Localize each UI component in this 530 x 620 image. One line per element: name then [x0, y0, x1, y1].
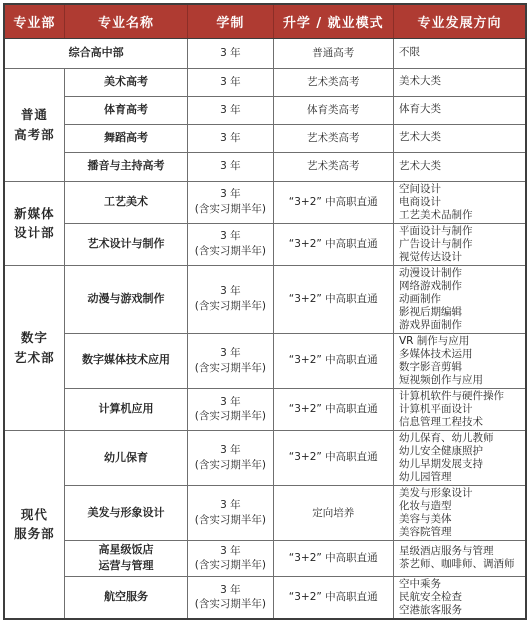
header-cell-mode: 升学 / 就业模式	[273, 4, 393, 38]
duration-cell: 3 年	[188, 124, 273, 152]
table-row: 普通 高考部 美术高考 3 年 艺术类高考 美术大类	[4, 68, 526, 96]
table-row: 舞蹈高考 3 年 艺术类高考 艺术大类	[4, 124, 526, 152]
direction-cell: 艺术大类	[393, 152, 526, 181]
table-row: 美发与形象设计 3 年 (含实习期半年) 定向培养 美发与形象设计 化妆与造型 …	[4, 485, 526, 540]
header-cell-direction: 专业发展方向	[393, 4, 526, 38]
direction-cell: 平面设计与制作 广告设计与制作 视觉传达设计	[393, 223, 526, 265]
table-row: 现代 服务部 幼儿保育 3 年 (含实习期半年) “3+2” 中高职直通 幼儿保…	[4, 430, 526, 485]
major-cell: 美术高考	[64, 68, 187, 96]
duration-cell: 3 年	[188, 152, 273, 181]
duration-cell: 3 年 (含实习期半年)	[188, 485, 273, 540]
dept-cell-general-exam: 普通 高考部	[4, 68, 64, 181]
mode-cell: 艺术类高考	[273, 152, 393, 181]
duration-cell: 3 年 (含实习期半年)	[188, 223, 273, 265]
major-cell: 美发与形象设计	[64, 485, 187, 540]
duration-cell: 3 年	[188, 68, 273, 96]
mode-cell: “3+2” 中高职直通	[273, 540, 393, 576]
direction-cell: 幼儿保育、幼儿教师 幼儿安全健康照护 幼儿早期发展支持 幼儿园管理	[393, 430, 526, 485]
table-row: 数字 艺术部 动漫与游戏制作 3 年 (含实习期半年) “3+2” 中高职直通 …	[4, 265, 526, 333]
duration-cell: 3 年 (含实习期半年)	[188, 388, 273, 430]
dept-cell-new-media-design: 新媒体 设计部	[4, 181, 64, 265]
table-row: 综合高中部 3 年 普通高考 不限	[4, 38, 526, 68]
duration-cell: 3 年	[188, 96, 273, 124]
table-row: 计算机应用 3 年 (含实习期半年) “3+2” 中高职直通 计算机软件与硬件操…	[4, 388, 526, 430]
mode-cell: 艺术类高考	[273, 68, 393, 96]
mode-cell: “3+2” 中高职直通	[273, 430, 393, 485]
major-cell: 播音与主持高考	[64, 152, 187, 181]
table-row: 数字媒体技术应用 3 年 (含实习期半年) “3+2” 中高职直通 VR 制作与…	[4, 333, 526, 388]
mode-cell: “3+2” 中高职直通	[273, 388, 393, 430]
direction-cell: 美术大类	[393, 68, 526, 96]
table-row: 高星级饭店 运营与管理 3 年 (含实习期半年) “3+2” 中高职直通 星级酒…	[4, 540, 526, 576]
header-cell-major: 专业名称	[64, 4, 187, 38]
direction-cell: 动漫设计制作 网络游戏制作 动画制作 影视后期编辑 游戏界面制作	[393, 265, 526, 333]
direction-cell: 美发与形象设计 化妆与造型 美容与美体 美容院管理	[393, 485, 526, 540]
mode-cell: “3+2” 中高职直通	[273, 223, 393, 265]
duration-cell: 3 年 (含实习期半年)	[188, 181, 273, 223]
mode-cell: 普通高考	[273, 38, 393, 68]
mode-cell: “3+2” 中高职直通	[273, 265, 393, 333]
duration-cell: 3 年 (含实习期半年)	[188, 576, 273, 619]
majors-table: 专业部 专业名称 学制 升学 / 就业模式 专业发展方向 综合高中部 3 年 普…	[3, 3, 527, 620]
dept-cell-modern-services: 现代 服务部	[4, 430, 64, 619]
major-cell: 艺术设计与制作	[64, 223, 187, 265]
direction-cell: 空中乘务 民航安全检查 空港旅客服务	[393, 576, 526, 619]
mode-cell: 艺术类高考	[273, 124, 393, 152]
table-row: 新媒体 设计部 工艺美术 3 年 (含实习期半年) “3+2” 中高职直通 空间…	[4, 181, 526, 223]
page: 专业部 专业名称 学制 升学 / 就业模式 专业发展方向 综合高中部 3 年 普…	[0, 0, 530, 588]
direction-cell: 不限	[393, 38, 526, 68]
major-cell: 舞蹈高考	[64, 124, 187, 152]
direction-cell: 计算机软件与硬件操作 计算机平面设计 信息管理工程技术	[393, 388, 526, 430]
mode-cell: 定向培养	[273, 485, 393, 540]
major-cell: 数字媒体技术应用	[64, 333, 187, 388]
duration-cell: 3 年 (含实习期半年)	[188, 540, 273, 576]
major-cell: 幼儿保育	[64, 430, 187, 485]
duration-cell: 3 年 (含实习期半年)	[188, 333, 273, 388]
mode-cell: 体育类高考	[273, 96, 393, 124]
duration-cell: 3 年 (含实习期半年)	[188, 430, 273, 485]
major-cell: 动漫与游戏制作	[64, 265, 187, 333]
comprehensive-name-cell: 综合高中部	[4, 38, 188, 68]
mode-cell: “3+2” 中高职直通	[273, 181, 393, 223]
table-row: 播音与主持高考 3 年 艺术类高考 艺术大类	[4, 152, 526, 181]
major-cell: 计算机应用	[64, 388, 187, 430]
major-cell: 高星级饭店 运营与管理	[64, 540, 187, 576]
direction-cell: 体育大类	[393, 96, 526, 124]
header-cell-duration: 学制	[188, 4, 273, 38]
dept-cell-digital-arts: 数字 艺术部	[4, 265, 64, 430]
major-cell: 工艺美术	[64, 181, 187, 223]
direction-cell: 星级酒店服务与管理 茶艺师、咖啡师、调酒师	[393, 540, 526, 576]
major-cell: 体育高考	[64, 96, 187, 124]
table-row: 航空服务 3 年 (含实习期半年) “3+2” 中高职直通 空中乘务 民航安全检…	[4, 576, 526, 619]
header-cell-dept: 专业部	[4, 4, 64, 38]
direction-cell: 艺术大类	[393, 124, 526, 152]
mode-cell: “3+2” 中高职直通	[273, 333, 393, 388]
table-row: 艺术设计与制作 3 年 (含实习期半年) “3+2” 中高职直通 平面设计与制作…	[4, 223, 526, 265]
header-row: 专业部 专业名称 学制 升学 / 就业模式 专业发展方向	[4, 4, 526, 38]
major-cell: 航空服务	[64, 576, 187, 619]
duration-cell: 3 年 (含实习期半年)	[188, 265, 273, 333]
direction-cell: 空间设计 电商设计 工艺美术品制作	[393, 181, 526, 223]
duration-cell: 3 年	[188, 38, 273, 68]
mode-cell: “3+2” 中高职直通	[273, 576, 393, 619]
table-row: 体育高考 3 年 体育类高考 体育大类	[4, 96, 526, 124]
direction-cell: VR 制作与应用 多媒体技术运用 数字影音剪辑 短视频创作与应用	[393, 333, 526, 388]
